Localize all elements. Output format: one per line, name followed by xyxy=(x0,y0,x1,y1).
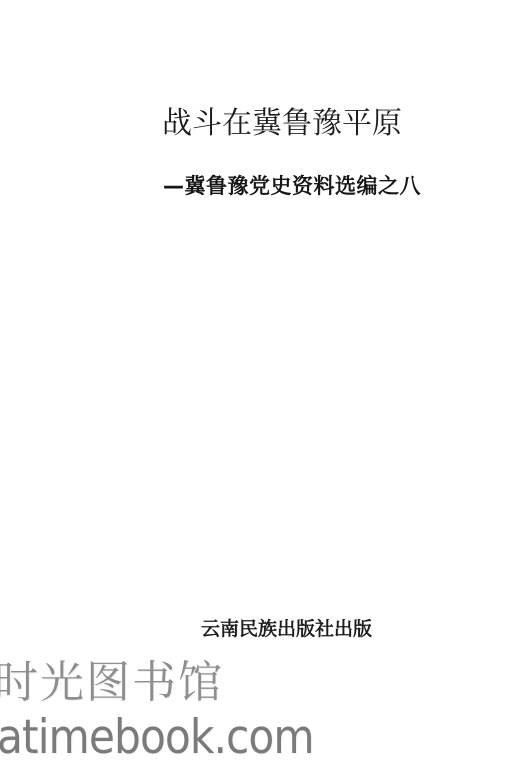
book-subtitle: —冀鲁豫党史资料选编之八 xyxy=(163,175,421,198)
watermark-library-name: 时光图书馆 xyxy=(0,661,224,705)
book-title: 战斗在冀鲁豫平原 xyxy=(162,107,402,141)
watermark-domain: atimebook.com xyxy=(0,714,314,761)
publisher-imprint: 云南民族出版社出版 xyxy=(201,619,372,641)
book-title-page-scan: 战斗在冀鲁豫平原 —冀鲁豫党史资料选编之八 云南民族出版社出版 时光图书馆 at… xyxy=(0,0,523,768)
